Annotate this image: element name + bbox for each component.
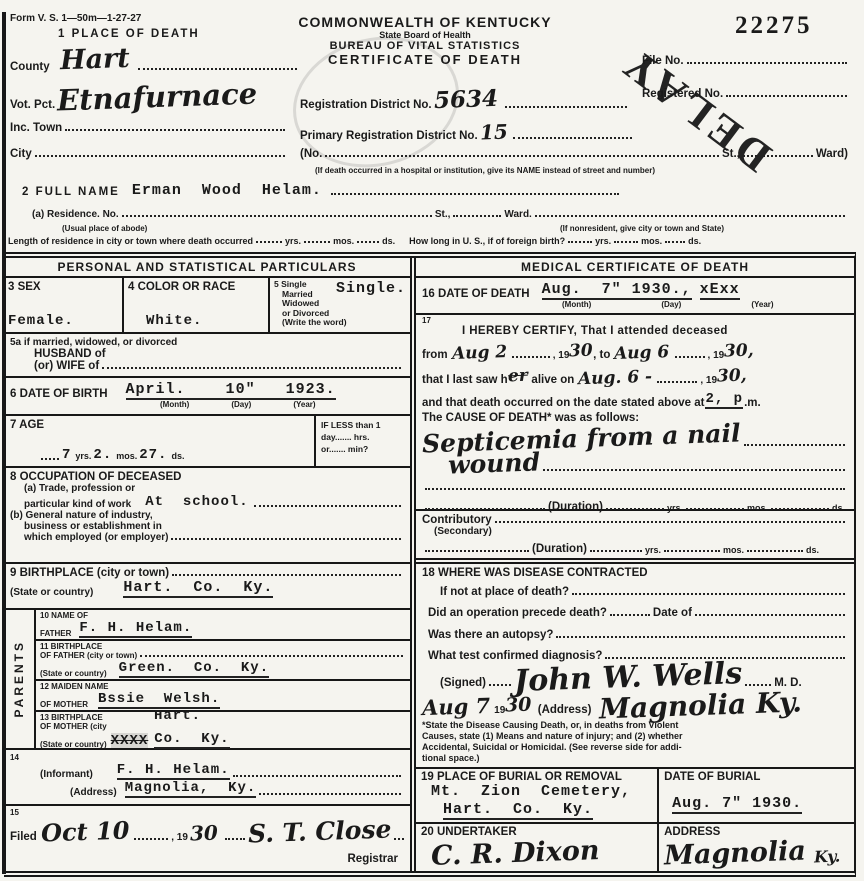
certificate-serial-number: 22275 [735, 12, 813, 40]
registered-no-row: Registered No. [642, 88, 850, 100]
dotted-line [614, 241, 638, 243]
dotted-line [606, 508, 664, 510]
signed-date-handwritten: Aug 7 [422, 693, 491, 720]
age-values-row: 7 yrs. 2. mos. 27. ds. [10, 447, 308, 463]
dotted-line [140, 655, 403, 657]
month-label: (Month) [160, 400, 189, 409]
county-row: County Hart [10, 44, 300, 73]
birthplace-sublabel: (State or country) [10, 587, 93, 598]
cause-line2-row: wound [422, 449, 848, 474]
q2-row: Did an operation precede death? Date of [422, 607, 848, 619]
dotted-line [35, 155, 285, 157]
dotted-line [325, 155, 719, 157]
residence-st-label: St., [435, 209, 451, 220]
filed-label: Filed [10, 831, 37, 843]
marital-status-box: 5 Single Married Widowed or Divorced (Wr… [270, 278, 410, 332]
5a-line3-row: (or) WIFE of [10, 360, 404, 372]
dotted-line [543, 469, 845, 471]
yrs-label2: yrs. [595, 236, 611, 246]
informant-label: (Informant) [40, 769, 93, 780]
main-columns: PERSONAL AND STATISTICAL PARTICULARS 3 S… [4, 252, 856, 877]
to-19: , 19 [708, 350, 725, 361]
informant-number: 14 [10, 753, 404, 762]
informant-address-typed: Magnolia, Ky. [125, 780, 257, 798]
q1-row: If not at place of death? [422, 586, 848, 598]
full-name-value-typed: Erman Wood Helam. [132, 182, 322, 199]
undertaker-address-cell: ADDRESS Magnolia Ky. [659, 824, 854, 871]
undertaker-signature-handwritten: C. R. Dixon [431, 835, 600, 872]
5a-line1: 5a if married, widowed, or divorced [10, 337, 404, 348]
5a-line3: (or) WIFE of [34, 360, 99, 372]
dotted-line [686, 508, 744, 510]
mother-maiden-name-typed: Bssie Welsh. [98, 691, 220, 709]
yrs-label: yrs. [285, 236, 301, 246]
dod-year-label: (Year) [751, 300, 773, 309]
voting-precinct-row: Vot. Pct. Etnafurnace [10, 80, 290, 111]
ds-label2: ds. [688, 236, 701, 246]
occupation-box: 8 OCCUPATION OF DECEASED (a) Trade, prof… [4, 468, 410, 564]
registration-district-row: Registration District No. 5634 [300, 86, 630, 111]
q3-row: Was there an autopsy? [422, 629, 848, 641]
howlong-label: How long in U. S., if of foreign birth? [409, 236, 565, 246]
left-column-title: PERSONAL AND STATISTICAL PARTICULARS [4, 258, 410, 278]
age-mos-label: mos. [116, 451, 137, 461]
dotted-line [572, 593, 845, 595]
primary-district-value-handwritten: 15 [479, 120, 508, 145]
from-date-handwritten: Aug 2 [451, 342, 507, 364]
header-line3: BUREAU OF VITAL STATISTICS [255, 40, 595, 52]
lastsaw-label1: that I last saw h [422, 374, 508, 386]
informant-box: 14 (Informant) F. H. Helam. (Address) Ma… [4, 750, 410, 806]
dotted-line [259, 793, 401, 795]
commonwealth-header: COMMONWEALTH OF KENTUCKY State Board of … [255, 14, 595, 67]
contracted-label: 18 WHERE WAS DISEASE CONTRACTED [422, 567, 848, 579]
length-of-residence-row: Length of residence in city or town wher… [8, 236, 852, 246]
from-19: , 19 [553, 350, 570, 361]
dob-sublabels: (Month) (Day) (Year) [10, 400, 404, 409]
dotted-line [425, 488, 845, 490]
bp-row1: 9 BIRTHPLACE (city or town) [10, 567, 404, 579]
q2b-label: Date of [653, 607, 692, 619]
undertaker-cell: 20 UNDERTAKER C. R. Dixon [416, 824, 659, 871]
birthplace-box: 9 BIRTHPLACE (city or town) (State or co… [4, 564, 410, 610]
abode-note: (Usual place of abode) [62, 224, 147, 233]
color-race-box: 4 COLOR OR RACE White. [124, 278, 270, 332]
occ-a1: (a) Trade, profession or [10, 483, 404, 494]
fb-label2: OF FATHER (city or town) [40, 651, 137, 660]
occ-b1: (b) General nature of industry, [10, 510, 404, 521]
registration-district-value-handwritten: 5634 [433, 85, 498, 114]
birthplace-value-typed: Hart. Co. Ky. [123, 579, 273, 598]
age-ds-label: ds. [171, 451, 184, 461]
occupation-value-typed: At school. [145, 494, 248, 510]
occ-b2: business or establishment in [10, 521, 404, 532]
signed-year-handwritten: 30 [505, 694, 532, 717]
occ-a2-row: particular kind of work At school. [10, 494, 404, 510]
dotted-line [665, 241, 685, 243]
filed-date-handwritten: Oct 10 [40, 815, 129, 847]
duration2-mos: mos. [723, 545, 744, 555]
dotted-line [556, 636, 845, 638]
attended-from-row: from Aug 2 , 19 30 , to Aug 6 , 19 30, [422, 341, 848, 361]
cause-line1-row: Septicemia from a nail [422, 424, 848, 449]
date-of-burial-label: DATE OF BURIAL [664, 771, 849, 783]
parents-rows: 10 NAME OF FATHER F. H. Helam. 11 BIRTHP… [36, 610, 410, 748]
fb-line3: (State or country) Green. Co. Ky. [40, 660, 406, 678]
city-label: City [10, 148, 32, 160]
dotted-line [225, 838, 245, 840]
dod-month-label: (Month) [562, 300, 591, 309]
age-label: 7 AGE [10, 419, 308, 431]
less-line3: or....... min? [321, 443, 405, 455]
mb-label2: OF MOTHER (city [40, 722, 406, 731]
age-years-typed: 7 [62, 447, 71, 463]
undertaker-address-state-handwritten: Ky. [814, 847, 841, 867]
dod-overstrike-typed: xExx [700, 281, 740, 300]
filed-row: Filed Oct 10 , 19 30 S. T. Close [10, 817, 404, 843]
certification-box: 17 I HEREBY CERTIFY, That I attended dec… [416, 315, 854, 511]
dotted-line [590, 550, 642, 552]
ds-label: ds. [382, 236, 395, 246]
dotted-line [65, 129, 285, 131]
mother-birthplace-struck-typed: XXXX [111, 733, 149, 749]
mother-name-line: OF MOTHER Bssie Welsh. [40, 691, 406, 709]
date-of-burial-typed: Aug. 7" 1930. [672, 795, 802, 814]
inc-town-row: Inc. Town [10, 122, 288, 134]
right-column-title: MEDICAL CERTIFICATE OF DEATH [416, 258, 854, 278]
dotted-line [102, 367, 401, 369]
fb-line2: OF FATHER (city or town) [40, 651, 406, 660]
informant-value-typed: F. H. Helam. [117, 762, 230, 780]
residence-row: (a) Residence. No. St., Ward. [32, 209, 848, 220]
dod-sublabels: (Month) (Day) (Year) [422, 300, 848, 309]
less-line2: day....... hrs. [321, 431, 405, 443]
county-label: County [10, 61, 50, 73]
duration2-ds: ds. [806, 545, 819, 555]
father-birthplace-typed: Green. Co. Ky. [119, 660, 269, 678]
parents-vertical-label: PARENTS [4, 610, 36, 748]
residence-label: (a) Residence. No. [32, 209, 119, 220]
inc-town-label: Inc. Town [10, 122, 62, 134]
age-left: 7 AGE 7 yrs. 2. mos. 27. ds. [4, 416, 314, 466]
mother-label1: 12 MAIDEN NAME [40, 682, 406, 691]
father-birthplace-row: 11 BIRTHPLACE OF FATHER (city or town) (… [36, 641, 410, 681]
nonresident-note: (If nonresident, give city or town and S… [560, 224, 724, 233]
dod-value-typed: Aug. 7" 1930., [542, 281, 692, 300]
dotted-line [505, 106, 627, 108]
dotted-line [512, 356, 550, 358]
father-name-row: 10 NAME OF FATHER F. H. Helam. [36, 610, 410, 641]
form-number: Form V. S. 1—50m—1-27-27 [10, 13, 141, 24]
header-line1: COMMONWEALTH OF KENTUCKY [255, 14, 595, 30]
st-label: St., [722, 148, 740, 160]
header-line2: State Board of Health [255, 30, 595, 40]
lastsaw-er-handwritten: er [507, 366, 527, 387]
age-yrs-label: yrs. [75, 451, 91, 461]
contributory-label: Contributory [422, 514, 492, 526]
dotted-line [744, 444, 846, 446]
voting-precinct-label: Vot. Pct. [10, 99, 55, 111]
signed-date-address-row: Aug 7 19 30 (Address) Magnolia Ky. [422, 689, 848, 716]
signed-19: 19 [494, 705, 505, 716]
mb-label3: (State or country) [40, 740, 107, 749]
age-days-typed: 27. [139, 447, 167, 463]
sex-label: 3 SEX [8, 281, 118, 293]
primary-district-row: Primary Registration District No. 15 [300, 120, 635, 142]
burial-place-typed-line2: Hart. Co. Ky. [443, 801, 593, 820]
signed-label: (Signed) [440, 677, 486, 689]
date-of-death-box: 16 DATE OF DEATH Aug. 7" 1930., xExx (Mo… [416, 278, 854, 315]
dod-day-label: (Day) [661, 300, 681, 309]
footnote: *State the Disease Causing Death, or, in… [422, 720, 848, 764]
age-months-typed: 2. [93, 447, 112, 463]
dod-row: 16 DATE OF DEATH Aug. 7" 1930., xExx [422, 281, 848, 300]
personal-statistical-column: PERSONAL AND STATISTICAL PARTICULARS 3 S… [4, 258, 416, 871]
dotted-line [453, 215, 501, 217]
dotted-line [513, 137, 633, 139]
dotted-line [425, 508, 545, 510]
certify-number: 17 [422, 316, 848, 325]
parents-section: PARENTS 10 NAME OF FATHER F. H. Helam. 1… [4, 610, 410, 750]
burial-place-typed-line1: Mt. Zion Cemetery, [421, 783, 652, 800]
filed-year-handwritten: 30 [189, 821, 218, 846]
dotted-line [747, 550, 803, 552]
dod-label: 16 DATE OF DEATH [422, 288, 530, 300]
primary-district-label: Primary Registration District No. [300, 130, 478, 142]
dotted-line [394, 838, 404, 840]
dotted-line [495, 521, 845, 523]
burial-section: 19 PLACE OF BURIAL OR REMOVAL Mt. Zion C… [416, 769, 854, 871]
occ-a2: particular kind of work [24, 499, 131, 510]
death-occurred-row: and that death occurred on the date stat… [422, 391, 848, 409]
dotted-line [610, 614, 650, 616]
father-label2: FATHER [40, 629, 71, 638]
mb-line3: (State or country) XXXX Co. Ky. [40, 731, 406, 749]
dotted-line [695, 614, 845, 616]
mother-birthplace-typed: Hart. [154, 708, 201, 724]
informant-address-label: (Address) [70, 787, 117, 798]
birthplace-label: 9 BIRTHPLACE (city or town) [10, 567, 169, 579]
from-label: from [422, 349, 448, 361]
to-date-handwritten: Aug 6 [614, 342, 670, 364]
dotted-line [675, 356, 705, 358]
q1-label: If not at place of death? [440, 586, 569, 598]
occ-b3: which employed (or employer) [24, 532, 168, 543]
sex-box: 3 SEX Female. [4, 278, 124, 332]
duration2-label: (Duration) [532, 543, 587, 555]
lastsaw-year-handwritten: 30, [717, 365, 747, 386]
dotted-line [743, 155, 813, 157]
date-of-burial-cell: DATE OF BURIAL Aug. 7" 1930. [659, 769, 854, 822]
q4-label: What test confirmed diagnosis? [428, 650, 602, 662]
file-no-label: File No. [642, 55, 684, 67]
place-of-death-heading: 1 PLACE OF DEATH [58, 28, 200, 40]
length-label: Length of residence in city or town wher… [8, 236, 253, 246]
full-name-row: 2 FULL NAME Erman Wood Helam. [22, 182, 622, 198]
full-name-label: 2 FULL NAME [22, 186, 120, 198]
street-ward-row: (No. St., Ward) [300, 148, 848, 160]
marital-line5: (Write the word) [274, 318, 406, 328]
footnote-line2: Causes, state (1) Means and nature of in… [422, 731, 848, 742]
dotted-line [568, 241, 592, 243]
dotted-line [256, 241, 282, 243]
less-line1: IF LESS than 1 [321, 419, 405, 431]
death-certificate-document: DELAY Form V. S. 1—50m—1-27-27 1 PLACE O… [0, 0, 864, 881]
dotted-line [687, 62, 847, 64]
registration-district-label: Registration District No. [300, 99, 432, 111]
undertaker-address-handwritten: Magnolia [664, 836, 807, 872]
mother-birthplace-row: Hart. 13 BIRTHPLACE OF MOTHER (city (Sta… [36, 712, 410, 750]
dob-row: 6 DATE OF BIRTH April. 10" 1923. [10, 381, 404, 400]
to-year-handwritten: 30, [724, 340, 754, 361]
dotted-line [357, 241, 379, 243]
sex-color-marital-row: 3 SEX Female. 4 COLOR OR RACE White. 5 S… [4, 278, 410, 334]
color-race-label: 4 COLOR OR RACE [128, 281, 264, 293]
city-row: City [10, 148, 288, 160]
undertaker-label: 20 UNDERTAKER [421, 826, 652, 838]
informant-row: (Informant) F. H. Helam. [10, 762, 404, 780]
dotted-line [172, 574, 401, 576]
lastsaw-label2: alive on [531, 374, 574, 386]
county-value-handwritten: Hart [59, 43, 130, 76]
no-label: (No. [300, 148, 322, 160]
dotted-line [304, 241, 330, 243]
father-label1: 10 NAME OF [40, 611, 406, 620]
residence-ward-label: Ward. [504, 209, 531, 220]
q3-label: Was there an autopsy? [428, 629, 553, 641]
contributory-box: Contributory (Secondary) (Duration) yrs.… [416, 511, 854, 564]
marital-value-typed: Single. [336, 280, 406, 297]
father-name-line: FATHER F. H. Helam. [40, 620, 406, 638]
fb-label3: (State or country) [40, 669, 107, 678]
dob-label: 6 DATE OF BIRTH [10, 388, 108, 400]
place-of-burial-label: 19 PLACE OF BURIAL OR REMOVAL [421, 771, 652, 783]
death-time-typed: 2, p [705, 391, 743, 409]
signed-address-label: (Address) [538, 704, 592, 716]
cause-of-death-handwritten-line2: wound [448, 447, 541, 479]
filed-19: , 19 [171, 832, 188, 843]
undertaker-address-label: ADDRESS [664, 826, 849, 838]
to-label: , to [593, 349, 610, 361]
dotted-line [726, 95, 847, 97]
mother-label2: OF MOTHER [40, 700, 88, 709]
mos-label: mos. [333, 236, 354, 246]
occupation-label: 8 OCCUPATION OF DECEASED [10, 471, 404, 483]
registered-no-label: Registered No. [642, 88, 723, 100]
bp-row2: (State or country) Hart. Co. Ky. [10, 579, 404, 598]
voting-precinct-value-handwritten: Etnafurnace [57, 77, 258, 118]
footnote-line4: tional space.) [422, 753, 848, 764]
dotted-line [535, 215, 845, 217]
from-year-handwritten: 30 [569, 341, 593, 362]
dotted-line [771, 508, 829, 510]
registrar-signature-handwritten: S. T. Close [247, 815, 391, 849]
husband-wife-box: 5a if married, widowed, or divorced HUSB… [4, 334, 410, 378]
dotted-line [425, 550, 529, 552]
file-no-row: File No. [642, 55, 850, 67]
dotted-line [254, 505, 401, 507]
age-box: 7 AGE 7 yrs. 2. mos. 27. ds. IF LESS tha… [4, 416, 410, 468]
certify-statement: I HEREBY CERTIFY, That I attended deceas… [422, 325, 848, 337]
5a-line2: HUSBAND of [10, 348, 404, 360]
dotted-line [657, 381, 697, 383]
date-of-birth-box: 6 DATE OF BIRTH April. 10" 1923. (Month)… [4, 378, 410, 416]
registrar-label: Registrar [348, 853, 399, 865]
dotted-line [41, 458, 59, 460]
mb-label1: 13 BIRTHPLACE [40, 713, 406, 722]
dotted-line [664, 550, 720, 552]
medical-certificate-column: MEDICAL CERTIFICATE OF DEATH 16 DATE OF … [416, 258, 854, 871]
day-label: (Day) [231, 400, 251, 409]
died-m-label: .m. [744, 397, 761, 409]
secondary-label: (Secondary) [422, 526, 848, 537]
lastsaw-19: , 19 [700, 375, 717, 386]
mos-label2: mos. [641, 236, 662, 246]
lastsaw-date-handwritten: Aug. 6 - [578, 367, 653, 390]
dotted-line [134, 838, 168, 840]
undertaker-row: 20 UNDERTAKER C. R. Dixon ADDRESS Magnol… [416, 824, 854, 871]
if-less-than-day-box: IF LESS than 1 day....... hrs. or.......… [314, 416, 410, 466]
burial-row: 19 PLACE OF BURIAL OR REMOVAL Mt. Zion C… [416, 769, 854, 824]
mother-birthplace-rest-typed: Co. Ky. [154, 731, 229, 749]
ward-label: Ward) [816, 148, 848, 160]
father-name-typed: F. H. Helam. [79, 620, 192, 638]
dotted-line [138, 68, 297, 70]
place-of-burial-cell: 19 PLACE OF BURIAL OR REMOVAL Mt. Zion C… [416, 769, 659, 822]
year-label: (Year) [293, 400, 315, 409]
blank-cause-line [422, 488, 848, 493]
duration2-yrs: yrs. [645, 545, 661, 555]
last-saw-row: that I last saw h er alive on Aug. 6 - ,… [422, 366, 848, 386]
dotted-line [233, 775, 401, 777]
dotted-line [122, 215, 432, 217]
sex-value-typed: Female. [8, 313, 118, 329]
informant-address-row: (Address) Magnolia, Ky. [10, 780, 404, 798]
parents-label: PARENTS [12, 640, 26, 717]
occ-b3-row: which employed (or employer) [10, 532, 404, 543]
q2-label: Did an operation precede death? [428, 607, 607, 619]
contributory-row: Contributory [422, 514, 848, 526]
dob-value-typed: April. 10" 1923. [126, 381, 336, 400]
fb-label1: 11 BIRTHPLACE [40, 642, 406, 651]
filed-box: 15 Filed Oct 10 , 19 30 S. T. Close Regi… [4, 806, 410, 871]
header-line4: CERTIFICATE OF DEATH [255, 52, 595, 67]
died-statement: and that death occurred on the date stat… [422, 397, 704, 409]
dotted-line [489, 684, 511, 686]
color-race-value-typed: White. [146, 313, 264, 329]
signed-row: (Signed) John W. Wells M. D. [422, 660, 848, 689]
dotted-line [331, 193, 619, 195]
dotted-line [171, 538, 401, 540]
duration2-row: (Duration) yrs. mos. ds. [422, 543, 848, 555]
footnote-line3: Accidental, Suicidal or Homicidal. (See … [422, 742, 848, 753]
disease-contracted-box: 18 WHERE WAS DISEASE CONTRACTED If not a… [416, 564, 854, 769]
hospital-note: (If death occurred in a hospital or inst… [315, 166, 655, 175]
mother-maiden-name-row: 12 MAIDEN NAME OF MOTHER Bssie Welsh. [36, 681, 410, 712]
